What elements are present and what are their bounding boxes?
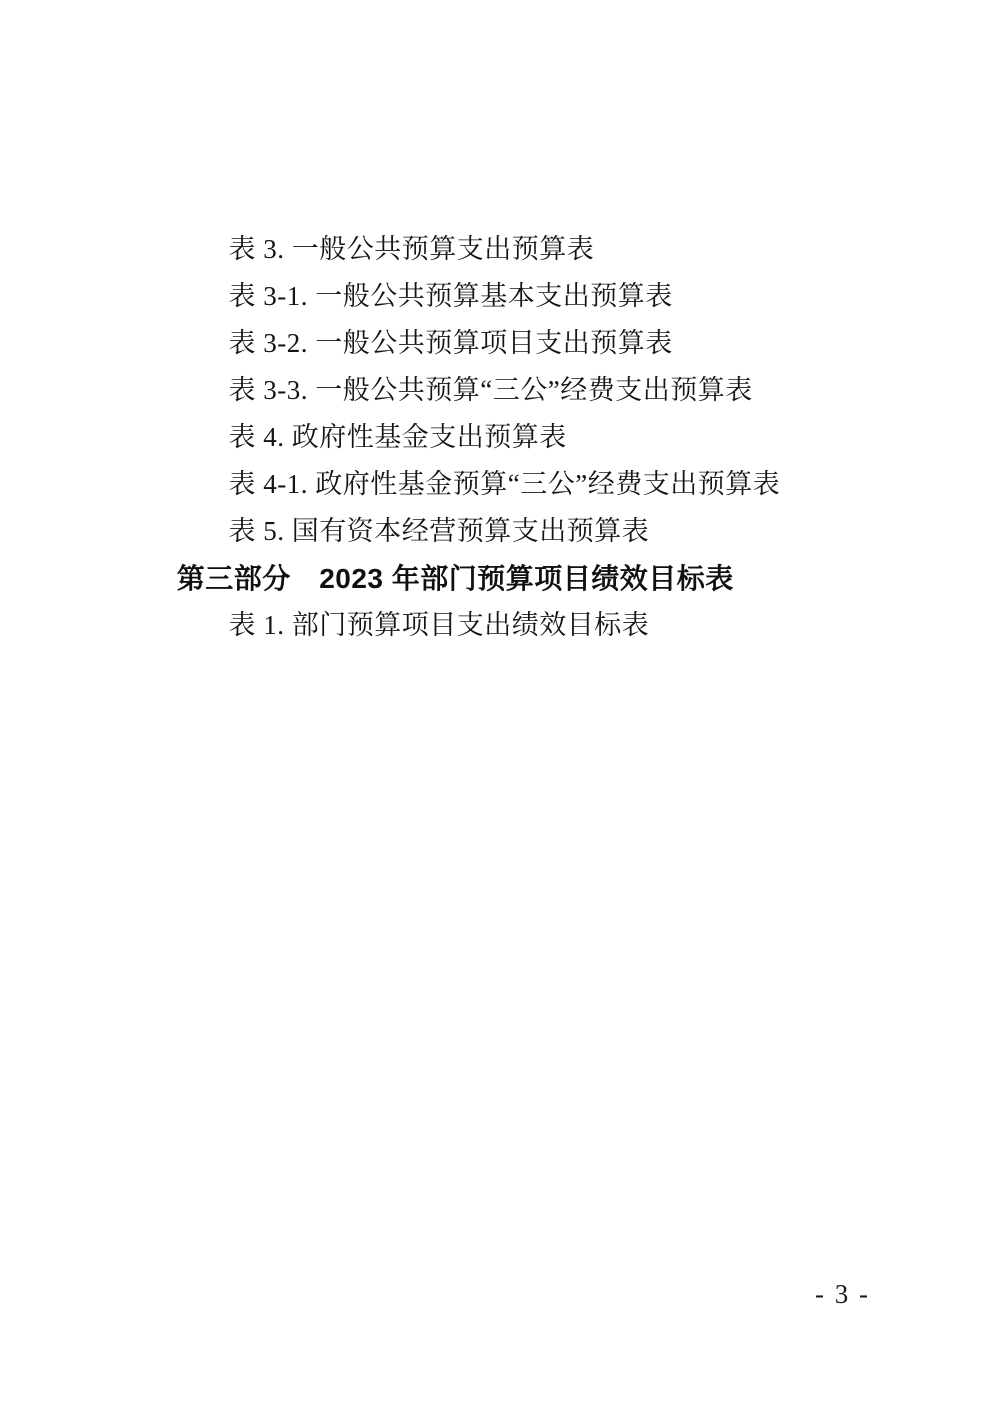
table-of-contents: 表 3. 一般公共预算支出预算表 表 3-1. 一般公共预算基本支出预算表 表 … xyxy=(0,179,992,602)
page-number: - 3 - xyxy=(780,1240,846,1276)
toc-entry-text: 表 1. 部门预算项目支出绩效目标表 xyxy=(229,610,650,640)
section-heading-text: 第三部分 2023 年部门预算项目绩效目标表 xyxy=(177,563,734,594)
toc-entry-text: 表 3. 一般公共预算支出预算表 xyxy=(229,234,595,264)
toc-entry-table-3: 表 3. 一般公共预算支出预算表 xyxy=(0,179,992,226)
page-number-text: - 3 - xyxy=(815,1279,870,1309)
toc-entry-text: 表 3-3. 一般公共预算“三公”经费支出预算表 xyxy=(229,375,753,405)
document-page: 表 3. 一般公共预算支出预算表 表 3-1. 一般公共预算基本支出预算表 表 … xyxy=(0,0,992,1403)
toc-entry-text: 表 5. 国有资本经营预算支出预算表 xyxy=(229,516,650,546)
toc-entry-text: 表 3-1. 一般公共预算基本支出预算表 xyxy=(229,281,673,311)
toc-entry-text: 表 3-2. 一般公共预算项目支出预算表 xyxy=(229,328,673,358)
toc-entry-text: 表 4. 政府性基金支出预算表 xyxy=(229,422,567,452)
toc-entry-text: 表 4-1. 政府性基金预算“三公”经费支出预算表 xyxy=(229,469,781,499)
